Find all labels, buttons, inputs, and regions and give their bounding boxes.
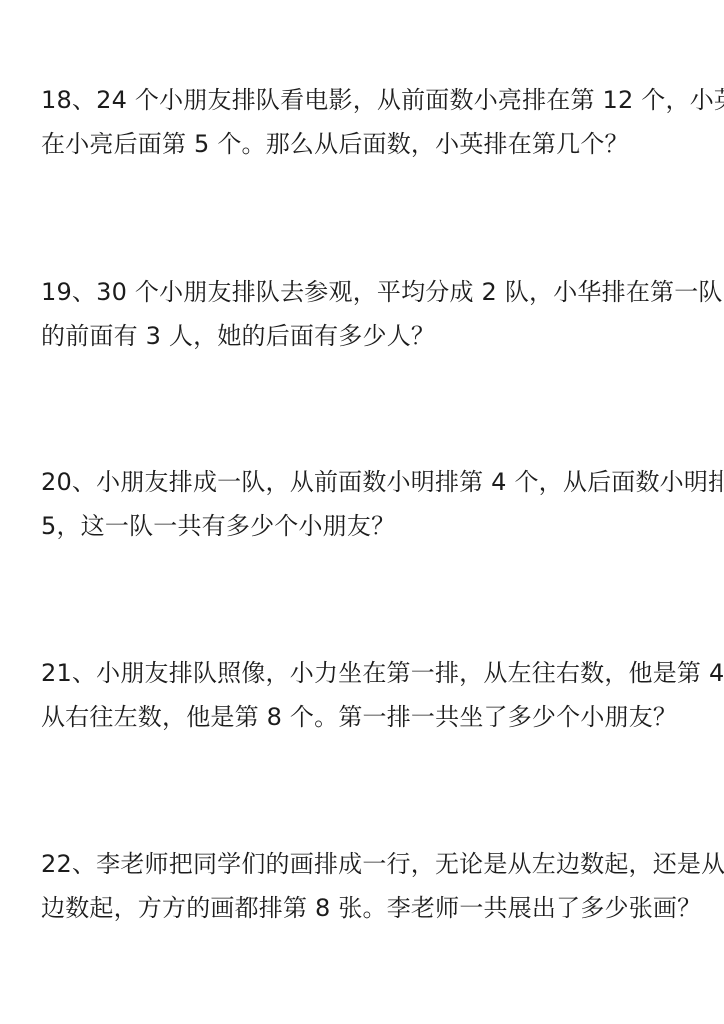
problem-19-line-1: 19、30 个小朋友排队去参观，平均分成 2 队，小华排在第一队，她 [41, 270, 695, 314]
problem-19: 19、30 个小朋友排队去参观，平均分成 2 队，小华排在第一队，她 的前面有 … [41, 270, 695, 358]
problem-18-line-2: 在小亮后面第 5 个。那么从后面数，小英排在第几个？ [41, 122, 695, 166]
problem-18: 18、24 个小朋友排队看电影，从前面数小亮排在第 12 个，小英排 在小亮后面… [41, 78, 695, 166]
problem-21: 21、小朋友排队照像，小力坐在第一排，从左往右数，他是第 4 个， 从右往左数，… [41, 651, 695, 739]
problem-18-line-1: 18、24 个小朋友排队看电影，从前面数小亮排在第 12 个，小英排 [41, 78, 695, 122]
worksheet-page: 18、24 个小朋友排队看电影，从前面数小亮排在第 12 个，小英排 在小亮后面… [0, 0, 724, 1024]
problem-20-line-2: 5，这一队一共有多少个小朋友？ [41, 504, 695, 548]
problem-19-line-2: 的前面有 3 人，她的后面有多少人？ [41, 314, 695, 358]
problem-21-line-1: 21、小朋友排队照像，小力坐在第一排，从左往右数，他是第 4 个， [41, 651, 695, 695]
problem-21-line-2: 从右往左数，他是第 8 个。第一排一共坐了多少个小朋友？ [41, 695, 695, 739]
problem-22: 22、李老师把同学们的画排成一行，无论是从左边数起，还是从右 边数起，方方的画都… [41, 842, 695, 930]
problem-22-line-2: 边数起，方方的画都排第 8 张。李老师一共展出了多少张画？ [41, 886, 695, 930]
problem-20-line-1: 20、小朋友排成一队，从前面数小明排第 4 个，从后面数小明排第 [41, 460, 695, 504]
problem-20: 20、小朋友排成一队，从前面数小明排第 4 个，从后面数小明排第 5，这一队一共… [41, 460, 695, 548]
problem-22-line-1: 22、李老师把同学们的画排成一行，无论是从左边数起，还是从右 [41, 842, 695, 886]
